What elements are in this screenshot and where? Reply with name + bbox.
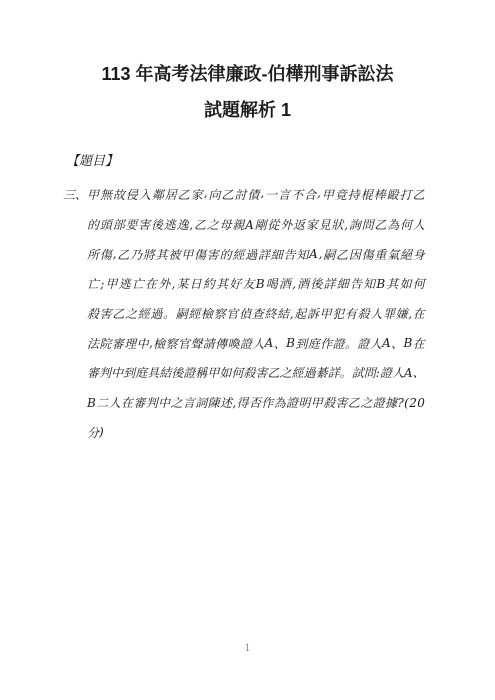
page-number: 1 (0, 643, 495, 654)
question-text-line: 殺害乙之經過。嗣經檢察官偵查終結,起訴甲犯有殺人罪嫌,在 (87, 299, 425, 329)
question-text-line: 的頭部要害後逃逸,乙之母親A剛從外返家見狀,詢問乙為何人 (87, 210, 425, 240)
question-text-line: 亡;甲逃亡在外,某日約其好友B喝酒,酒後詳細告知B其如何 (87, 269, 425, 299)
question-text-line: 法院審理中,檢察官聲請傳喚證人A、B到庭作證。證人A、B在 (87, 328, 425, 358)
question-text-line: 三、 甲無故侵入鄰居乙家,向乙討債,一言不合,甲竟持棍棒毆打乙 (87, 180, 425, 210)
section-label-question: 【題目】 (66, 152, 118, 172)
question-text-line: 審判中到庭具結後證稱甲如何殺害乙之經過綦詳。試問:證人A、 (87, 358, 425, 388)
question-paragraph: 三、 甲無故侵入鄰居乙家,向乙討債,一言不合,甲竟持棍棒毆打乙 的頭部要害後逃逸… (87, 180, 425, 447)
document-header: 113 年高考法律廉政-伯樺刑事訴訟法 試題解析 1 (0, 56, 495, 128)
question-text-line: 所傷,乙乃將其被甲傷害的經過詳細告知A,嗣乙因傷重氣絕身 (87, 239, 425, 269)
question-text-line: 分) (87, 418, 425, 448)
question-text-line: B二人在審判中之言詞陳述,得否作為證明甲殺害乙之證據?(20 (87, 388, 425, 418)
question-number-marker: 三、 (63, 180, 87, 210)
document-title: 113 年高考法律廉政-伯樺刑事訴訟法 (0, 56, 495, 92)
document-subtitle: 試題解析 1 (0, 92, 495, 128)
question-line-text: 甲無故侵入鄰居乙家,向乙討債,一言不合,甲竟持棍棒毆打乙 (87, 186, 425, 203)
document-page: 113 年高考法律廉政-伯樺刑事訴訟法 試題解析 1 【題目】 三、 甲無故侵入… (0, 0, 495, 700)
